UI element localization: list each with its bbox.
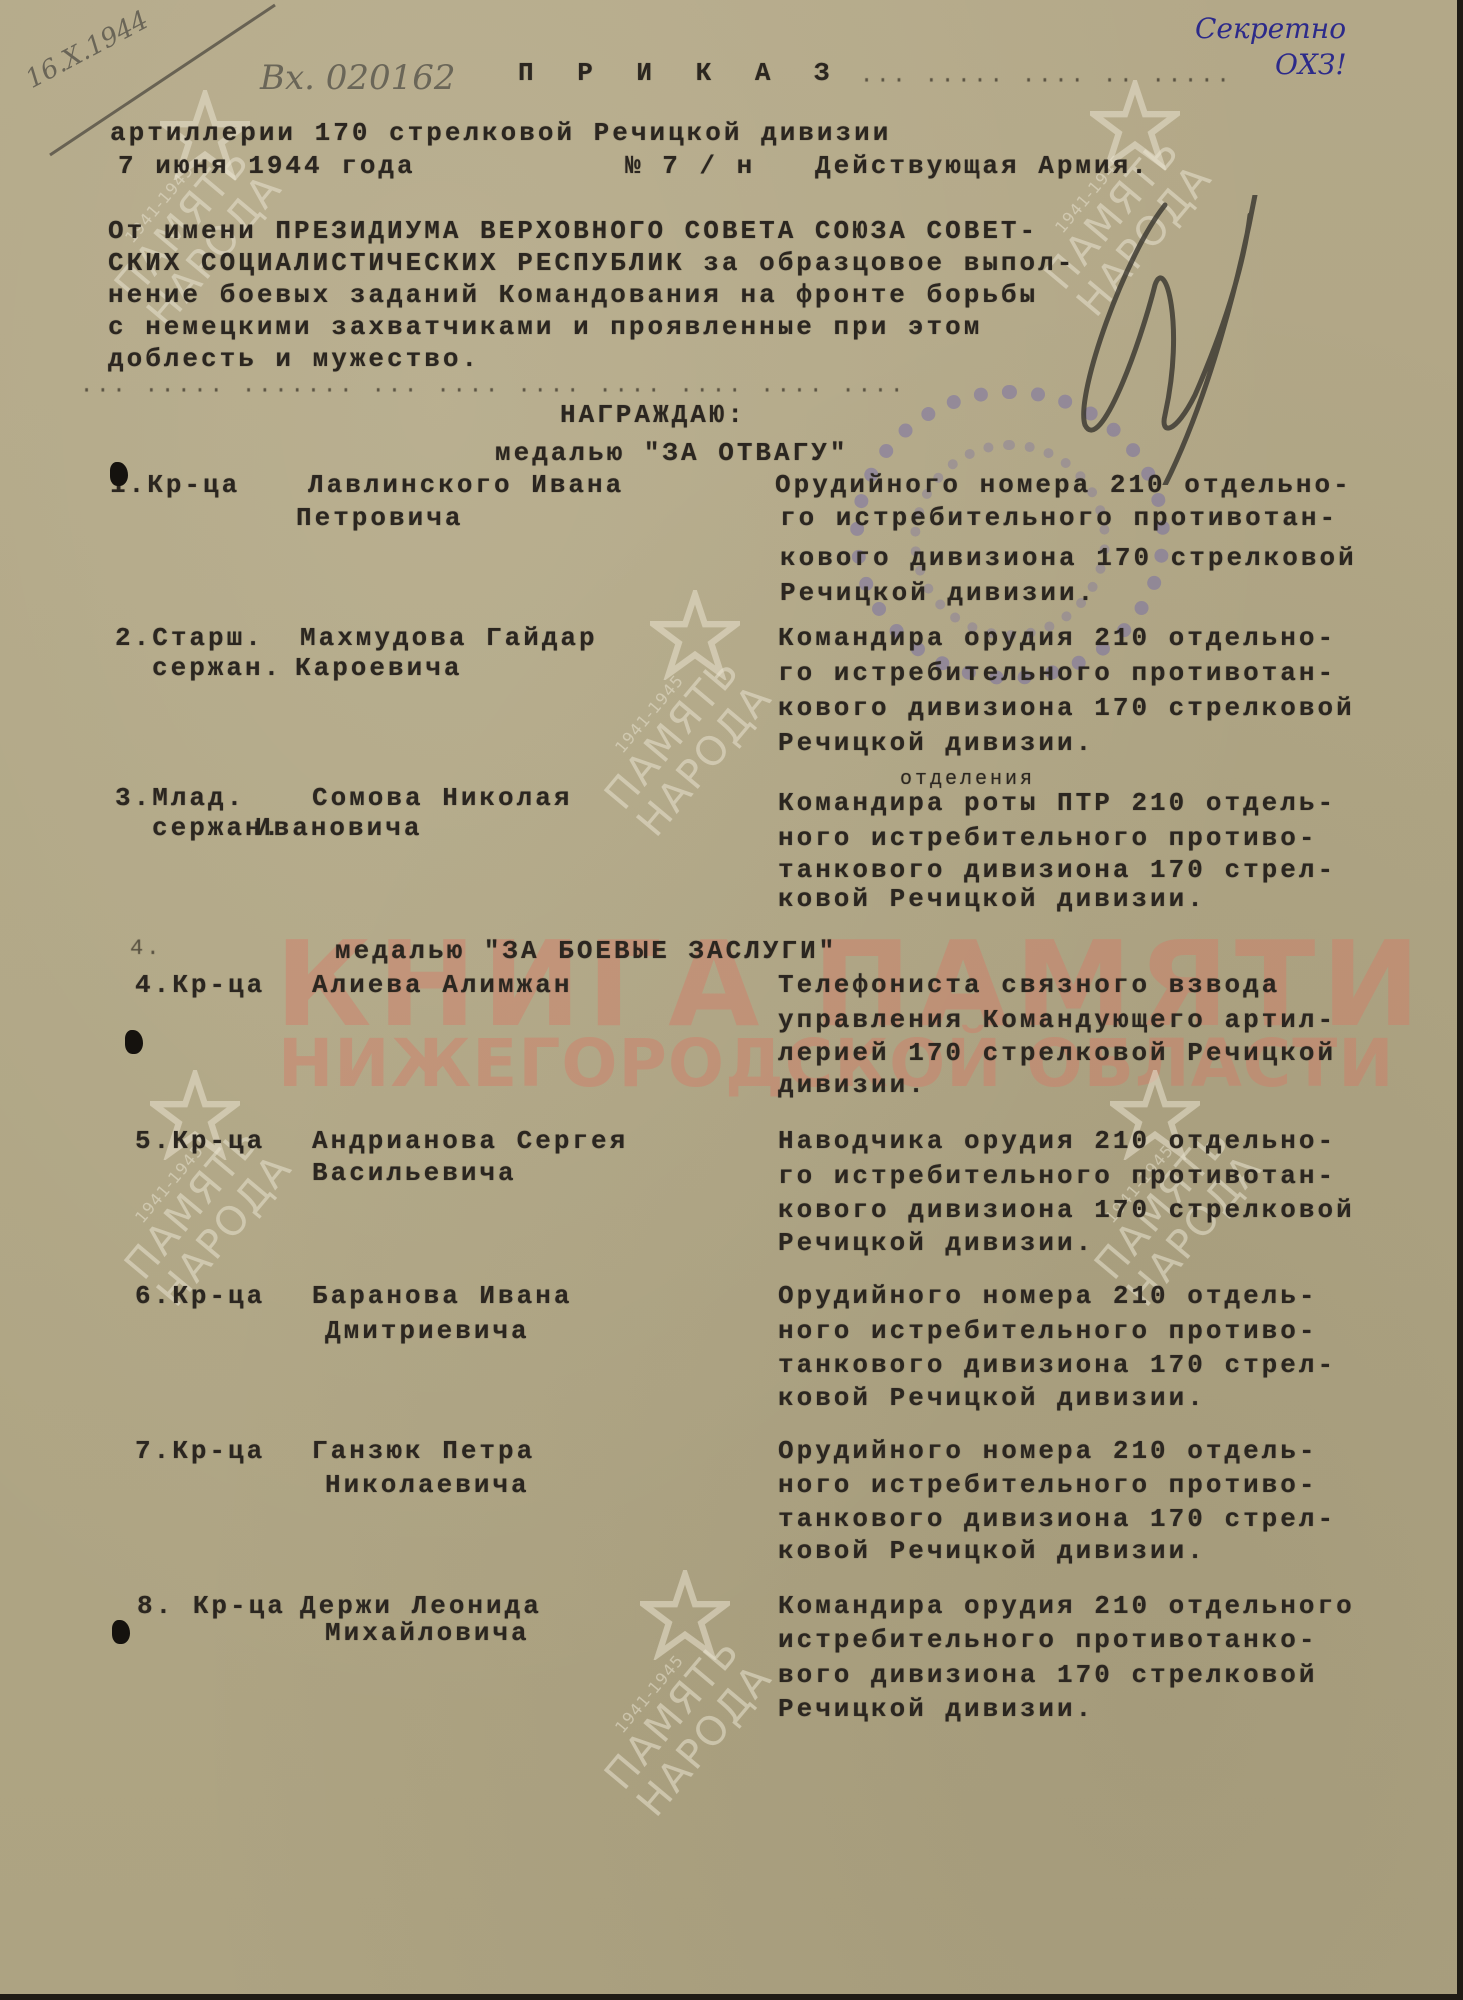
- punch-hole: [112, 1620, 130, 1644]
- entry-position-line: кового дивизиона 170 стрелковой: [778, 695, 1355, 721]
- entry-position-line: Речицкой дивизии.: [778, 1230, 1094, 1256]
- entry-number-rank: 3.Млад.: [115, 785, 245, 811]
- entry-position-line: Телефониста связного взвода: [778, 972, 1280, 998]
- entry-position-line: вого дивизиона 170 стрелковой: [778, 1662, 1317, 1688]
- stray-number: 4.: [130, 938, 162, 960]
- header-location: Действующая Армия.: [815, 153, 1150, 179]
- entry-rank-line2: сержан.: [152, 655, 282, 681]
- scan-edge-bottom: [0, 1994, 1463, 2000]
- award-heading: НАГРАЖДАЮ:: [560, 402, 746, 428]
- entry-patronymic: Петровича: [296, 505, 463, 531]
- entry-number-rank: 8. Кр-ца: [137, 1593, 286, 1619]
- medal-heading-za-otvagu: медалью "ЗА ОТВАГУ": [495, 440, 848, 466]
- entry-position-line: Командира орудия 210 отдельного: [778, 1593, 1355, 1619]
- entry-position-line: кового дивизиона 170 стрелковой: [780, 545, 1357, 571]
- entry-position-line: ного истребительного противо-: [778, 1472, 1317, 1498]
- entry-position-line: ковой Речицкой дивизии.: [778, 1538, 1206, 1564]
- entry-number-rank: 7.Кр-ца: [135, 1438, 265, 1464]
- entry-position-line: лерией 170 стрелковой Речицкой: [778, 1040, 1336, 1066]
- entry-position-line: ковой Речицкой дивизии.: [778, 1385, 1206, 1411]
- scan-edge-right: [1457, 0, 1463, 2000]
- entry-number-rank: 5.Кр-ца: [135, 1128, 265, 1154]
- entry-position-line: го истребительного противотан-: [778, 660, 1336, 686]
- preamble-line: с немецкими захватчиками и проявленные п…: [108, 314, 982, 340]
- handwritten-secret-note-line2: ОХЗ!: [1275, 48, 1347, 81]
- entry-patronymic: Михайловича: [325, 1620, 530, 1646]
- entry-name: Алиева Алимжан: [312, 972, 572, 998]
- entry-position-line: Речицкой дивизии.: [778, 1696, 1094, 1722]
- entry-position-line: ного истребительного противо-: [778, 825, 1317, 851]
- punch-hole: [125, 1030, 143, 1054]
- entry-position-line: го истребительного противотан-: [780, 505, 1338, 531]
- entry-position-line: кового дивизиона 170 стрелковой: [778, 1197, 1355, 1223]
- entry-name: Ганзюк Петра: [312, 1438, 535, 1464]
- entry-position-line: Орудийного номера 210 отдель-: [778, 1283, 1317, 1309]
- punch-hole: [110, 462, 128, 486]
- header-unit-line: артиллерии 170 стрелковой Речицкой дивиз…: [110, 120, 891, 146]
- entry-position-line: Орудийного номера 210 отдельно-: [775, 472, 1352, 498]
- watermark-star-icon: [640, 1570, 730, 1660]
- entry-position-line: го истребительного противотан-: [778, 1163, 1336, 1189]
- entry-position-line: ного истребительного противо-: [778, 1318, 1317, 1344]
- entry-position-note: отделения: [900, 770, 1035, 790]
- entry-position-line: ковой Речицкой дивизии.: [778, 886, 1206, 912]
- entry-position-line: Речицкой дивизии.: [780, 580, 1096, 606]
- entry-position-line: Речицкой дивизии.: [778, 730, 1094, 756]
- preamble-line: нение боевых заданий Командования на фро…: [108, 282, 1038, 308]
- entry-name: Сомова Николая: [312, 785, 572, 811]
- bleed-through-text: ··· ····· ···· ·· ·····: [860, 70, 1233, 92]
- entry-patronymic: Кароевича: [295, 655, 462, 681]
- entry-position-line: танкового дивизиона 170 стрел-: [778, 857, 1336, 883]
- entry-name: Андрианова Сергея: [312, 1128, 628, 1154]
- entry-position-line: Наводчика орудия 210 отдельно-: [778, 1128, 1336, 1154]
- entry-position-line: истребительного противотанко-: [778, 1627, 1317, 1653]
- medal-heading-za-boevye-zaslugi: медалью "ЗА БОЕВЫЕ ЗАСЛУГИ": [335, 938, 837, 964]
- header-date: 7 июня 1944 года: [118, 153, 416, 179]
- entry-position-line: дивизии.: [778, 1072, 927, 1098]
- handwritten-secret-note: Секретно: [1195, 12, 1346, 45]
- entry-patronymic: Васильевича: [312, 1160, 517, 1186]
- entry-patronymic: Николаевича: [325, 1472, 530, 1498]
- bleed-through-text: ··· ····· ······· ··· ···· ···· ···· ···…: [80, 380, 906, 402]
- preamble-line: СКИХ СОЦИАЛИСТИЧЕСКИХ РЕСПУБЛИК за образ…: [108, 250, 1075, 276]
- entry-name: Баранова Ивана: [312, 1283, 572, 1309]
- entry-position-line: Орудийного номера 210 отдель-: [778, 1438, 1317, 1464]
- entry-number-rank: 2.Старш.: [115, 625, 264, 651]
- entry-number-rank: 1.Кр-ца: [110, 472, 240, 498]
- preamble-line: доблесть и мужество.: [108, 346, 480, 372]
- document-page: КНИГА ПАМЯТИ НИЖЕГОРОДСКОЙ ОБЛАСТИ 1941-…: [0, 0, 1457, 1994]
- pencil-signature-mark: [1045, 195, 1285, 485]
- header-order-number: № 7 / н: [625, 153, 755, 179]
- entry-patronymic: Дмитриевича: [325, 1318, 530, 1344]
- entry-position-line: танкового дивизиона 170 стрел-: [778, 1506, 1336, 1532]
- entry-position-line: танкового дивизиона 170 стрел-: [778, 1352, 1336, 1378]
- entry-position-line: управления Командующего артил-: [778, 1007, 1336, 1033]
- entry-patronymic: Ивановича: [255, 815, 422, 841]
- entry-position-line: Командира роты ПТР 210 отдель-: [778, 790, 1336, 816]
- entry-name: Держи Леонида: [300, 1593, 542, 1619]
- entry-name: Махмудова Гайдар: [300, 625, 598, 651]
- watermark-star-icon: [650, 590, 740, 680]
- entry-number-rank: 4.Кр-ца: [135, 972, 265, 998]
- document-title: П Р И К А З: [518, 60, 844, 86]
- entry-number-rank: 6.Кр-ца: [135, 1283, 265, 1309]
- entry-position-line: Командира орудия 210 отдельно-: [778, 625, 1336, 651]
- entry-name: Лавлинского Ивана: [308, 472, 624, 498]
- preamble-line: От имени ПРЕЗИДИУМА ВЕРХОВНОГО СОВЕТА СО…: [108, 218, 1038, 244]
